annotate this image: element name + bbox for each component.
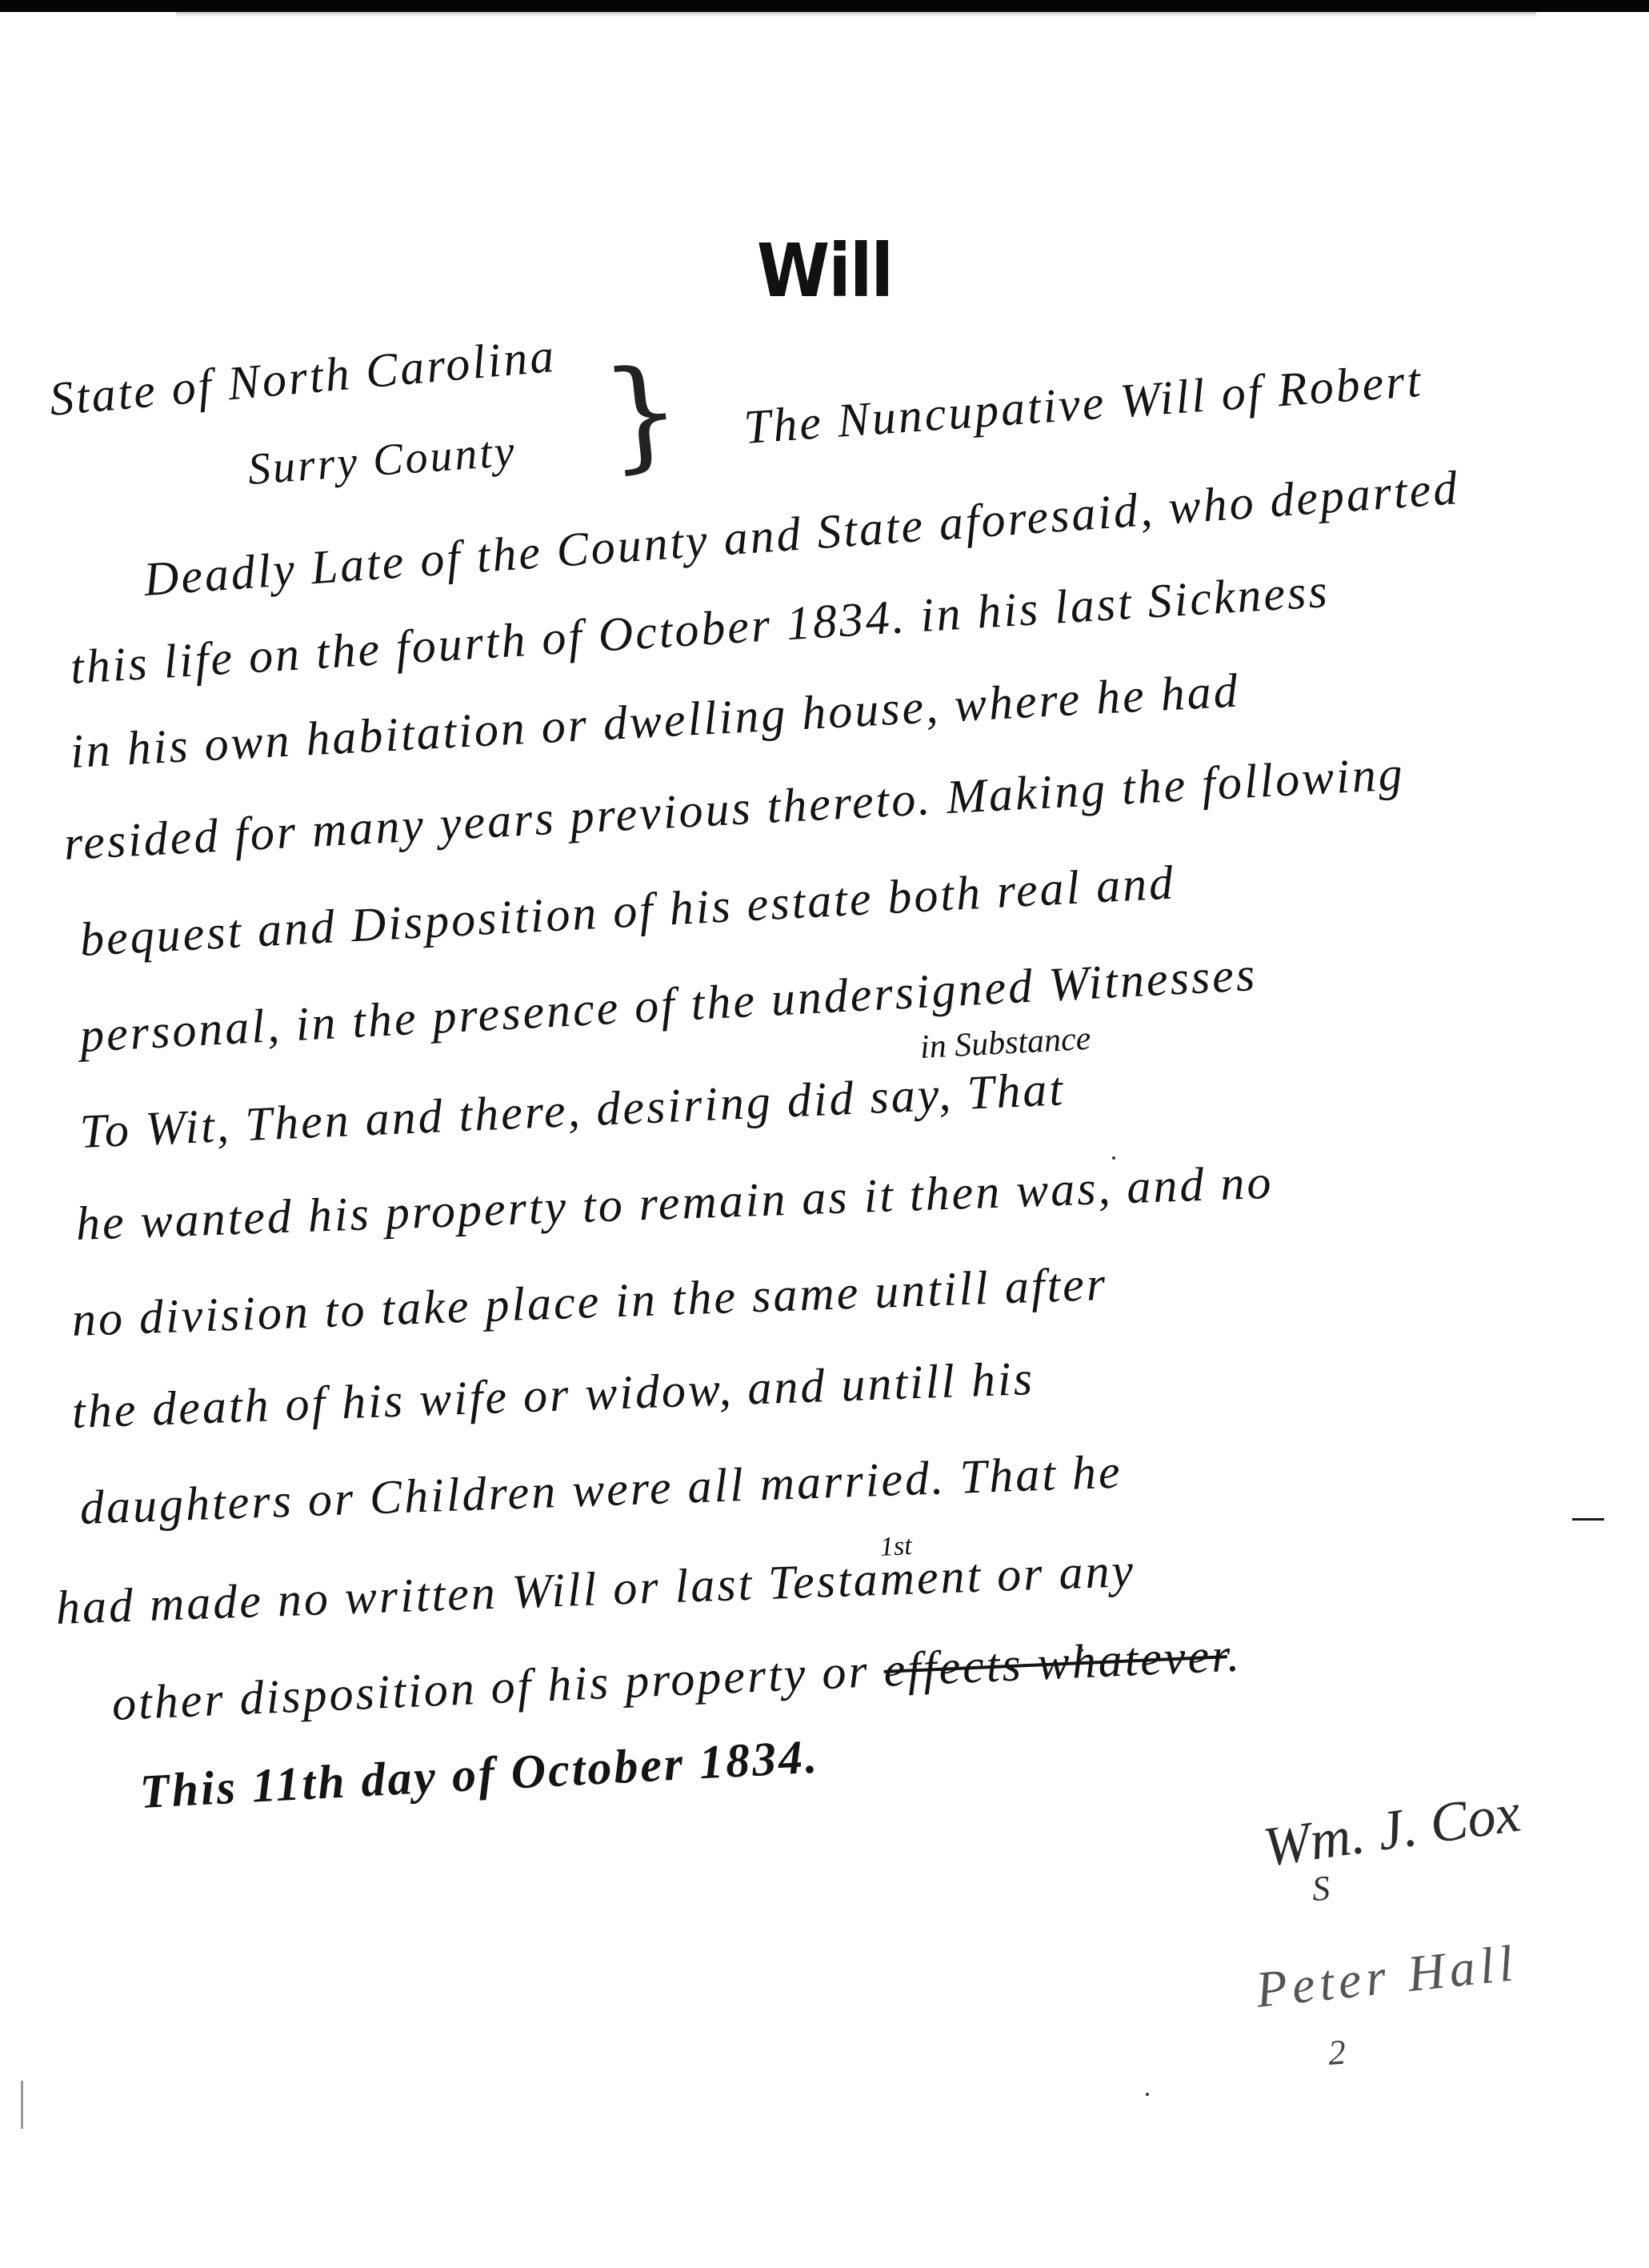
body-line-8: he wanted his property to remain as it t… [75,1155,1275,1252]
page-title: Will [82,228,1567,314]
scan-artifact [21,2081,23,2129]
struck-text: effects whatever [883,1629,1228,1697]
scan-artifact [1080,1649,1083,1652]
body-line-13: other disposition of his property or eff… [110,1627,1243,1732]
scan-artifact [1146,2093,1149,2096]
margin-dash-mark [1572,1518,1604,1521]
interlineation-in-substance: in Substance [919,1020,1092,1067]
will-document-page: Will State of North Carolina Surry Count… [0,0,1649,2268]
scan-top-edge-shadow [176,12,1536,17]
scan-artifact [1112,1156,1115,1160]
dated-line: This 11th day of October 1834. [138,1729,820,1820]
header-brace-icon: } [597,340,687,487]
body-line-11: daughters or Children were all married. … [79,1445,1123,1536]
body-line-9: no division to take place in the same un… [71,1256,1108,1348]
body-line-5: bequest and Disposition of his estate bo… [78,855,1176,968]
header-title-line: The Nuncupative Will of Robert [742,353,1425,455]
scan-top-edge [0,0,1649,12]
header-state: State of North Carolina [47,328,558,427]
body-line-7: To Wit, Then and there, desiring did say… [78,1061,1066,1160]
witness-signature-1: Wm. J. Cox [1259,1781,1524,1880]
witness-signature-1-mark: S [1311,1868,1331,1909]
witness-signature-2-mark: 2 [1327,2032,1347,2074]
witness-signature-2: Peter Hall [1253,1933,1520,2020]
body-line-12: had made no written Will or last Testame… [55,1543,1136,1636]
header-county: Surry County [246,426,518,495]
body-line-10: the death of his wife or widow, and unti… [71,1351,1035,1440]
